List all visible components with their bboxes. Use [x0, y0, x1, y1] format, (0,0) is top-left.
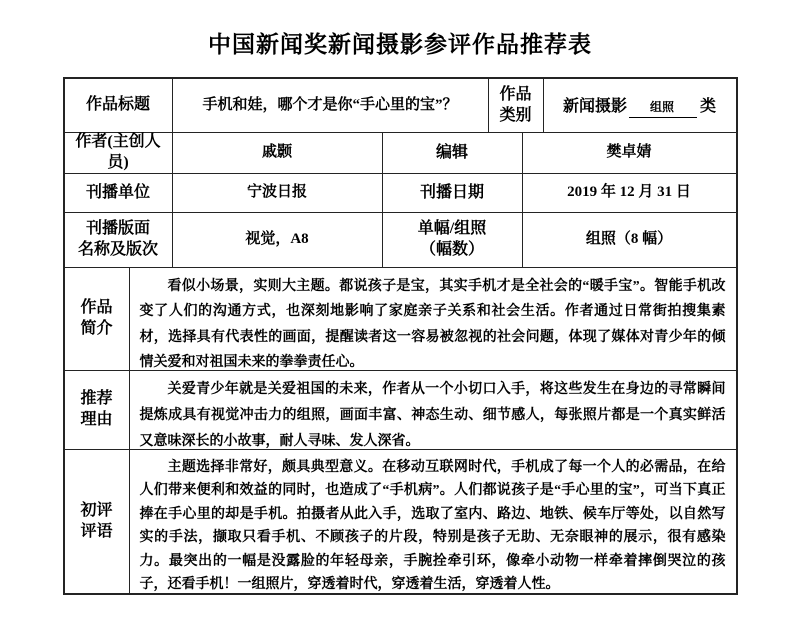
label-publish-org: 刊播单位: [65, 174, 173, 212]
category-fill-blank: 组照: [629, 101, 697, 117]
table-row: 推荐 理由 关爱青少年就是关爱祖国的未来，作者从一个小切口入手，将这些发生在身边…: [65, 371, 736, 450]
category-suffix: 类: [700, 93, 716, 116]
label-line: 类别: [499, 106, 531, 127]
table-row: 作者(主创人员) 戚颢 编辑 樊卓婧: [65, 133, 736, 174]
label-publish-date: 刊播日期: [383, 174, 523, 212]
paragraph: 看似小场景，实则大主题。都说孩子是宝，其实手机才是全社会的“暖手宝”。智能手机改…: [140, 274, 726, 376]
value-author: 戚颢: [173, 133, 383, 173]
label-recommend-reason: 推荐 理由: [65, 371, 130, 449]
value-page-edition: 视觉，A8: [173, 213, 383, 267]
label-line: 推荐: [80, 389, 112, 410]
label-line: 理由: [80, 410, 112, 431]
table-row: 作品标题 手机和娃，哪个才是你“手心里的宝”？ 作品 类别 新闻摄影 组照 类: [65, 79, 736, 133]
value-work-title: 手机和娃，哪个才是你“手心里的宝”？: [173, 79, 489, 132]
label-line: 简介: [80, 319, 112, 340]
label-author: 作者(主创人员): [65, 133, 173, 173]
label-line: 名称及版次: [78, 240, 158, 261]
paragraph: 主题选择非常好，颇具典型意义。在移动互联网时代，手机成了每一个人的必需品，在给人…: [140, 456, 726, 596]
value-work-category: 新闻摄影 组照 类: [544, 79, 736, 132]
label-editor: 编辑: [383, 133, 523, 173]
label-line: 作品: [80, 298, 112, 319]
paragraph: 关爱青少年就是关爱祖国的未来，作者从一个小切口入手，将这些发生在身边的寻常瞬间提…: [140, 377, 726, 455]
table-row: 刊播版面 名称及版次 视觉，A8 单幅/组照 （幅数） 组照（8 幅）: [65, 213, 736, 268]
value-editor: 樊卓婧: [523, 133, 736, 173]
table-row: 作品 简介 看似小场景，实则大主题。都说孩子是宝，其实手机才是全社会的“暖手宝”…: [65, 268, 736, 371]
label-line: 初评: [80, 501, 112, 522]
label-page-edition: 刊播版面 名称及版次: [65, 213, 173, 267]
label-line: 作品: [499, 85, 531, 106]
category-prefix: 新闻摄影: [563, 93, 627, 116]
document-page: 中国新闻奖新闻摄影参评作品推荐表 作品标题 手机和娃，哪个才是你“手心里的宝”？…: [0, 0, 800, 629]
value-publish-date: 2019 年 12 月 31 日: [523, 174, 736, 212]
value-publish-org: 宁波日报: [173, 174, 383, 212]
value-photo-count: 组照（8 幅）: [523, 213, 736, 267]
page-title: 中国新闻奖新闻摄影参评作品推荐表: [0, 0, 800, 60]
label-line: （幅数）: [420, 240, 484, 261]
text-recommend-reason: 关爱青少年就是关爱祖国的未来，作者从一个小切口入手，将这些发生在身边的寻常瞬间提…: [130, 371, 736, 449]
table-row: 初评 评语 主题选择非常好，颇具典型意义。在移动互联网时代，手机成了每一个人的必…: [65, 450, 736, 593]
label-line: 评语: [80, 522, 112, 543]
label-work-category: 作品 类别: [489, 79, 544, 132]
label-initial-review: 初评 评语: [65, 450, 130, 593]
label-line: 刊播版面: [86, 219, 150, 240]
table-row: 刊播单位 宁波日报 刊播日期 2019 年 12 月 31 日: [65, 174, 736, 213]
category-line: 新闻摄影 组照 类: [563, 93, 716, 117]
text-initial-review: 主题选择非常好，颇具典型意义。在移动互联网时代，手机成了每一个人的必需品，在给人…: [130, 450, 736, 593]
label-work-title: 作品标题: [65, 79, 173, 132]
label-photo-count: 单幅/组照 （幅数）: [383, 213, 523, 267]
label-line: 单幅/组照: [418, 219, 486, 240]
label-work-intro: 作品 简介: [65, 268, 130, 370]
recommendation-table: 作品标题 手机和娃，哪个才是你“手心里的宝”？ 作品 类别 新闻摄影 组照 类 …: [63, 77, 738, 595]
text-work-intro: 看似小场景，实则大主题。都说孩子是宝，其实手机才是全社会的“暖手宝”。智能手机改…: [130, 268, 736, 370]
